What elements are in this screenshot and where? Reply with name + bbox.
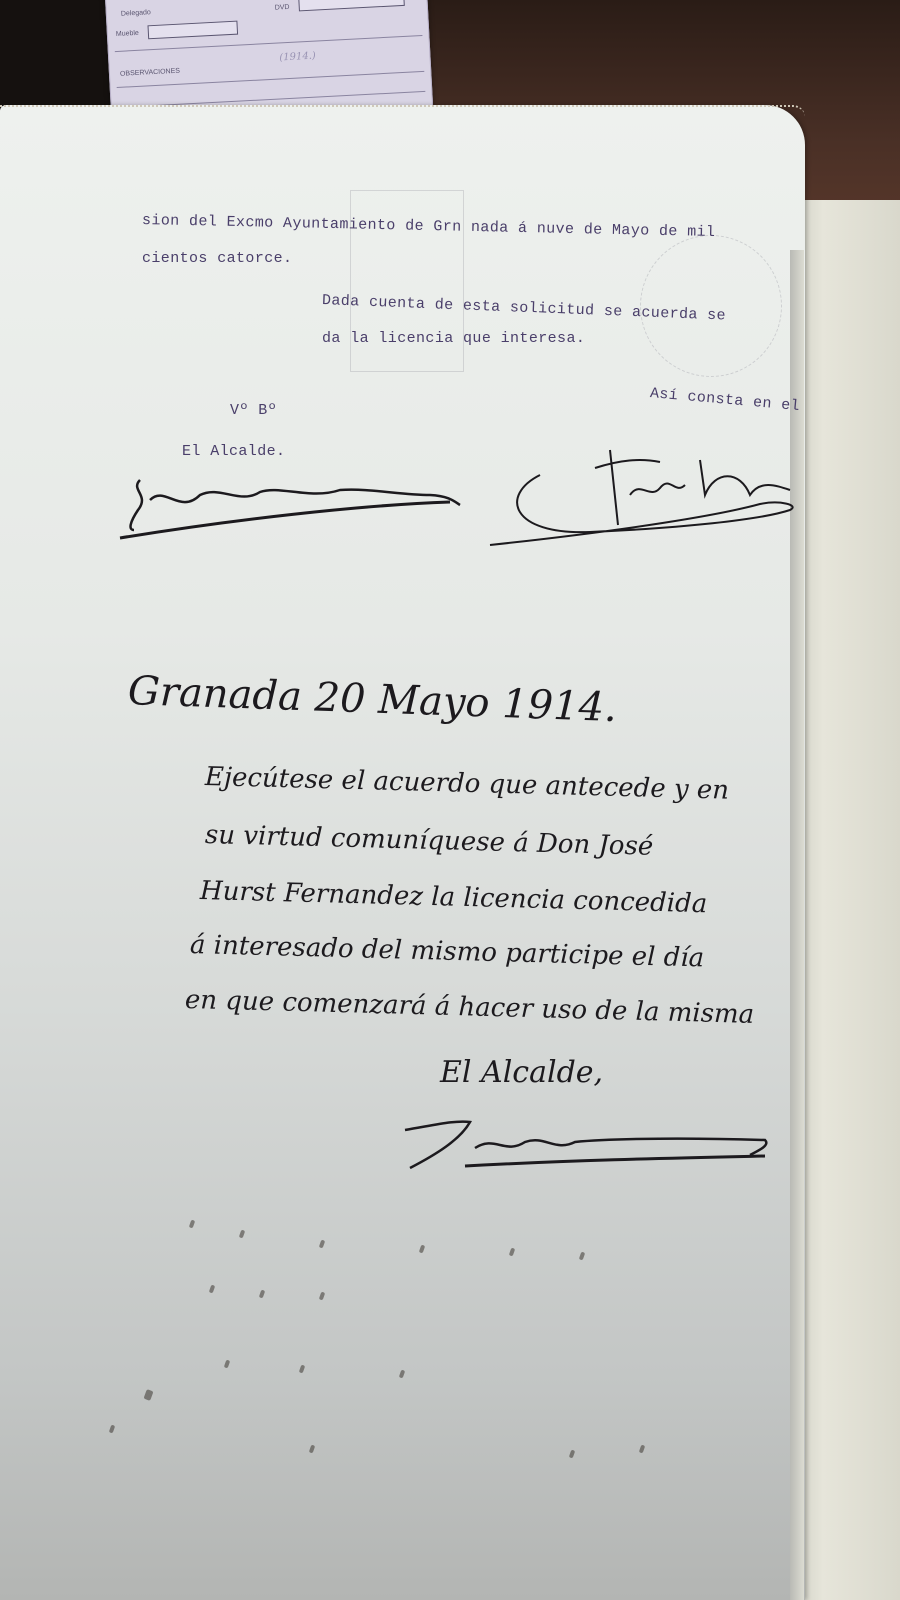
field-1-label: Mueble bbox=[116, 30, 139, 38]
typed-line-4: da la licencia que interesa. bbox=[322, 330, 585, 347]
checkbox-label: Delegado bbox=[121, 9, 151, 18]
field-2-box bbox=[298, 0, 405, 11]
observations-label: OBSERVACIONES bbox=[120, 68, 180, 78]
secretary-signature bbox=[480, 440, 810, 555]
handwritten-closing: El Alcalde, bbox=[440, 1055, 603, 1090]
facing-page bbox=[790, 200, 900, 1600]
typed-line-2: cientos catorce. bbox=[142, 250, 292, 267]
final-signature bbox=[395, 1110, 785, 1180]
observations-value: (1914.) bbox=[279, 51, 316, 64]
el-alcalde-typed: El Alcalde. bbox=[182, 443, 285, 460]
deckle-edge bbox=[0, 105, 805, 117]
mayor-signature bbox=[110, 460, 480, 550]
field-1-box bbox=[147, 21, 238, 40]
dark-corner bbox=[0, 0, 120, 120]
field-2-label: DVD bbox=[275, 4, 290, 12]
ink-bleed-through bbox=[0, 1180, 790, 1560]
vo-bo: Vº Bº bbox=[230, 402, 277, 419]
